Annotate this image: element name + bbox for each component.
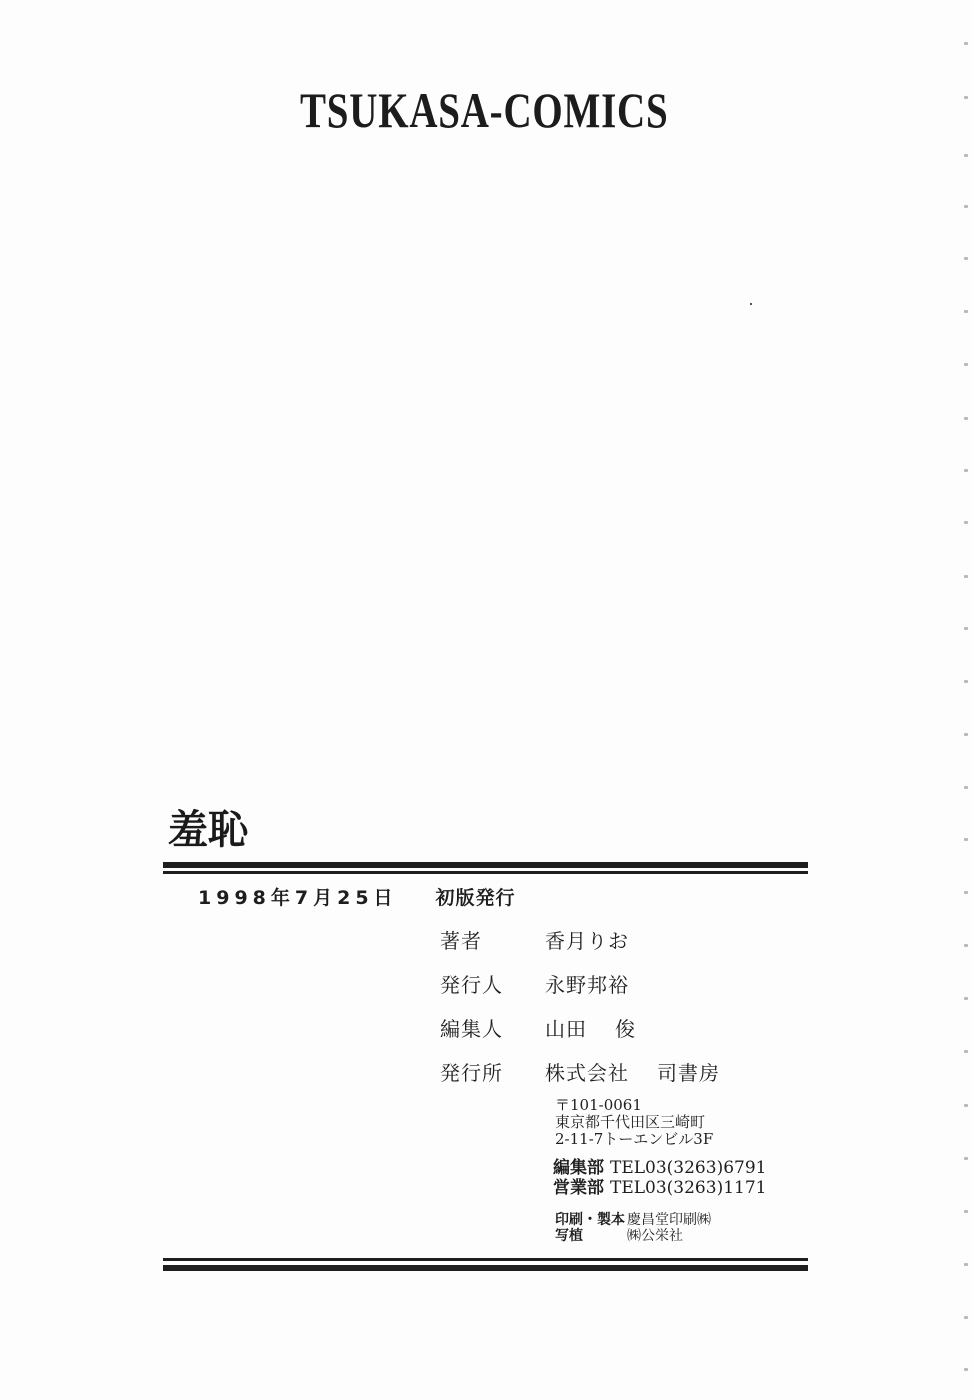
phone-number: TEL03(3263)1171 [610,1178,766,1198]
phone-dept: 営業部 [553,1178,604,1198]
binding-mark [964,1368,968,1371]
binding-mark [964,1263,968,1266]
address-line-1: 東京都千代田区三崎町 [555,1114,713,1131]
credit-name: 永野邦裕 [545,970,629,1000]
binding-mark [964,1210,968,1213]
imprint-label: TSUKASA-COMICS [300,80,612,140]
phone-row-sales: 営業部TEL03(3263)1171 [553,1178,766,1198]
binding-mark [964,363,968,366]
binding-mark [964,1104,968,1107]
binding-mark [964,257,968,260]
credit-name: 株式会社司書房 [545,1058,720,1088]
top-rule-thick [163,862,808,868]
credit-role: 発行人 [440,970,503,1000]
postal-code: 〒101-0061 [555,1097,713,1114]
binding-mark [964,944,968,947]
binding-mark [964,1316,968,1319]
binding-mark [964,1157,968,1160]
printer-company: ㈱公栄社 [627,1228,683,1244]
printer-company: 慶昌堂印刷㈱ [627,1212,711,1228]
binding-mark [964,205,968,208]
credit-name: 山田俊 [545,1014,636,1044]
binding-mark [964,838,968,841]
binding-mark [964,733,968,736]
binding-mark [964,627,968,630]
address-line-2: 2-11-7トーエンビル3F [555,1131,713,1148]
printer-row-printing: 印刷・製本慶昌堂印刷㈱ [555,1212,711,1228]
top-rule-thin [163,871,808,874]
binding-mark [964,469,968,472]
binding-marks [964,0,972,1400]
book-title: 羞恥 [168,806,248,854]
credit-role: 発行所 [440,1058,503,1088]
binding-mark [964,417,968,420]
phone-dept: 編集部 [553,1158,604,1178]
phone-list: 編集部TEL03(3263)6791 営業部TEL03(3263)1171 [553,1158,766,1198]
publication-date: 1998年7月25日 [198,887,398,909]
binding-mark [964,96,968,99]
phone-row-editorial: 編集部TEL03(3263)6791 [553,1158,766,1178]
company-type: 株式会社 [545,1061,629,1085]
credit-role: 編集人 [440,1014,503,1044]
binding-mark [964,891,968,894]
colophon-page: TSUKASA-COMICS 羞恥 1998年7月25日初版発行 著者 香月りお… [0,0,972,1400]
bottom-rule-thin [163,1258,808,1261]
binding-mark [964,997,968,1000]
credit-role: 著者 [440,926,482,956]
bottom-rule-thick [163,1265,808,1271]
phone-number: TEL03(3263)6791 [610,1158,766,1178]
binding-mark [964,521,968,524]
binding-mark [964,786,968,789]
credit-name-given: 俊 [615,1017,636,1041]
printer-label: 印刷・製本 [555,1212,627,1228]
company-name: 司書房 [657,1061,720,1085]
binding-mark [964,310,968,313]
binding-mark [964,42,968,45]
binding-mark [964,680,968,683]
printer-label: 写植 [555,1228,627,1244]
publisher-address: 〒101-0061 東京都千代田区三崎町 2-11-7トーエンビル3F [555,1097,713,1148]
publication-line: 1998年7月25日初版発行 [198,885,516,911]
binding-mark [964,154,968,157]
paper-speck [750,303,752,305]
binding-mark [964,1050,968,1053]
credit-name-surname: 山田 [545,1017,587,1041]
credit-name: 香月りお [545,926,629,956]
printer-credits: 印刷・製本慶昌堂印刷㈱ 写植㈱公栄社 [555,1212,711,1244]
edition-label: 初版発行 [436,887,516,909]
binding-mark [964,575,968,578]
printer-row-typesetting: 写植㈱公栄社 [555,1228,711,1244]
